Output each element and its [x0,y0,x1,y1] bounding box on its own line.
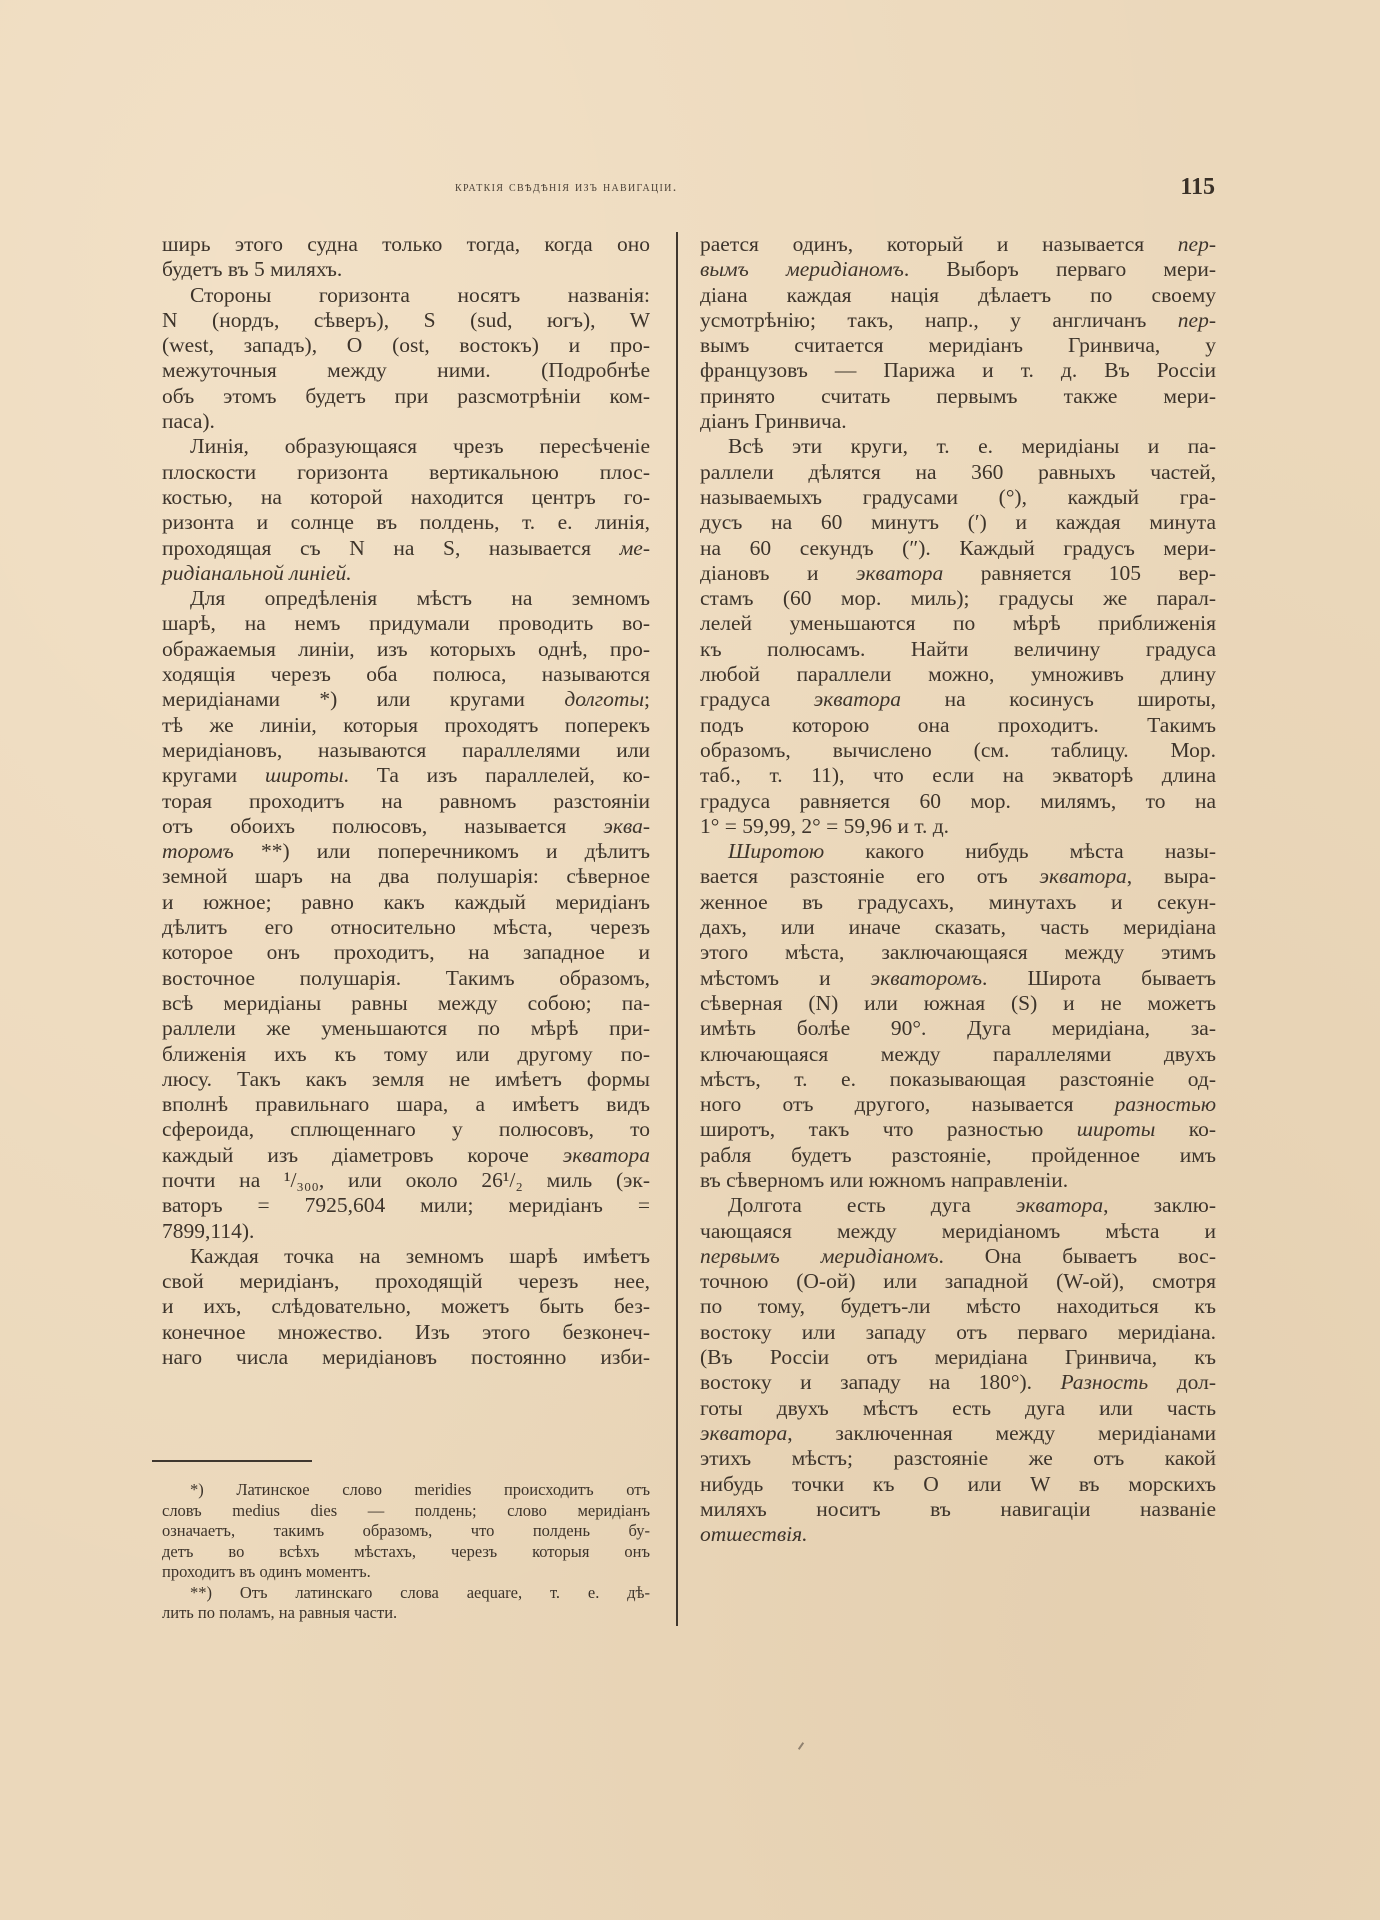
text-line: проходящая съ N на S, называется ме- [162,536,650,561]
text-line: Линія, образующаяся чрезъ пересѣченіе [162,434,650,459]
text-line: (west, западъ), O (ost, востокъ) и про- [162,333,650,358]
footnote-line: словъ medius dies — полдень; слово мерид… [162,1501,650,1522]
text-line: торомъ **) или поперечникомъ и дѣлитъ [162,839,650,864]
text-line: сѣверная (N) или южная (S) и не можетъ [700,991,1216,1016]
text-line: вается разстояніе его отъ экватора, выра… [700,864,1216,889]
text-line: востоку и западу на 180°). Разность дол- [700,1370,1216,1395]
text-line: мѣстъ, т. е. показывающая разстояніе од- [700,1067,1216,1092]
text-line: плоскости горизонта вертикальною плос- [162,460,650,485]
footnote-line: *) Латинское слово meridies происходитъ … [162,1480,650,1501]
text-line: имѣть болѣе 90°. Дуга меридіана, за- [700,1016,1216,1041]
text-line: усмотрѣнію; такъ, напр., у англичанъ пер… [700,308,1216,333]
text-line: женное въ градусахъ, минутахъ и секун- [700,890,1216,915]
text-line: по тому, будетъ-ли мѣсто находиться къ [700,1294,1216,1319]
text-line: ваторъ = 7925,604 мили; меридіанъ = [162,1193,650,1218]
text-line: экватора, заключенная между меридіанами [700,1421,1216,1446]
footnote-line: означаетъ, такимъ образомъ, что полдень … [162,1521,650,1542]
footnote-line: детъ во всѣхъ мѣстахъ, черезъ которыя он… [162,1542,650,1563]
text-line: и южное; равно какъ каждый меридіанъ [162,890,650,915]
text-line: этихъ мѣстъ; разстояніе же отъ какой [700,1446,1216,1471]
text-line: ключающаяся между параллелями двухъ [700,1042,1216,1067]
text-line: восточное полушарія. Такимъ образомъ, [162,966,650,991]
text-line: стамъ (60 мор. миль); градусы же парал- [700,586,1216,611]
text-line: образомъ, вычислено (см. таблицу. Мор. [700,738,1216,763]
text-line: и ихъ, слѣдовательно, можетъ быть без- [162,1294,650,1319]
text-line: отъ обоихъ полюсовъ, называется эква- [162,814,650,839]
text-line: миляхъ носитъ въ навигаціи названіе [700,1497,1216,1522]
text-line: въ сѣверномъ или южномъ направленіи. [700,1168,1216,1193]
text-line: свой меридіанъ, проходящій черезъ нее, [162,1269,650,1294]
text-line: отшествія. [700,1522,1216,1547]
text-line: мѣстомъ и экваторомъ. Широта бываетъ [700,966,1216,991]
text-line: будетъ въ 5 миляхъ. [162,257,650,282]
text-line: наго числа меридіановъ постоянно изби- [162,1345,650,1370]
text-line: вымъ меридіаномъ. Выборъ перваго мери- [700,257,1216,282]
text-line: на 60 секундъ (″). Каждый градусъ мери- [700,536,1216,561]
text-line: тѣ же линіи, которыя проходятъ поперекъ [162,713,650,738]
footnote-line: лить по поламъ, на равныя части. [162,1603,650,1624]
page-number: 115 [1180,174,1215,201]
text-line: принято считать первымъ также мери- [700,384,1216,409]
text-line: шарѣ, на немъ придумали проводить во- [162,611,650,636]
text-line: 7899,114). [162,1219,650,1244]
text-line: лелей уменьшаются по мѣрѣ приближенія [700,611,1216,636]
text-line: точною (O-ой) или западной (W-ой), смотр… [700,1269,1216,1294]
text-line: ображаемыя линіи, изъ которыхъ однѣ, про… [162,637,650,662]
ink-speck [798,1742,804,1750]
text-line: паса). [162,409,650,434]
text-line: меридіановъ, называются параллелями или [162,738,650,763]
text-line: ближенія ихъ къ тому или другому по- [162,1042,650,1067]
text-line: рабля будетъ разстояніе, пройденное имъ [700,1143,1216,1168]
text-line: востоку или западу отъ перваго меридіана… [700,1320,1216,1345]
left-column: ширь этого судна только тогда, когда оно… [162,232,650,1370]
text-line: (Въ Россіи отъ меридіана Гринвича, къ [700,1345,1216,1370]
text-line: кругами широты. Та изъ параллелей, ко- [162,763,650,788]
text-line: діановъ и экватора равняется 105 вер- [700,561,1216,586]
text-line: подъ которою она проходитъ. Такимъ [700,713,1216,738]
text-line: всѣ меридіаны равны между собою; па- [162,991,650,1016]
text-line: ходящія черезъ оба полюса, называются [162,662,650,687]
text-line: объ этомъ будетъ при разсмотрѣніи ком- [162,384,650,409]
footnotes: *) Латинское слово meridies происходитъ … [162,1480,650,1624]
text-line: Всѣ эти круги, т. е. меридіаны и па- [700,434,1216,459]
text-line: градуса экватора на косинусъ широты, [700,687,1216,712]
text-line: Для опредѣленія мѣстъ на земномъ [162,586,650,611]
text-line: которое онъ проходитъ, на западное и [162,940,650,965]
text-line: Долгота есть дуга экватора, заклю- [700,1193,1216,1218]
text-line: торая проходитъ на равномъ разстояніи [162,789,650,814]
text-line: Широтою какого нибудь мѣста назы- [700,839,1216,864]
text-line: первымъ меридіаномъ. Она бываетъ вос- [700,1244,1216,1269]
text-line: люсу. Такъ какъ земля не имѣетъ формы [162,1067,650,1092]
running-title: КРАТКІЯ СВѢДѢНІЯ ИЗЪ НАВИГАЦІИ. [455,180,678,196]
text-line: широтъ, такъ что разностью широты ко- [700,1117,1216,1142]
book-page: КРАТКІЯ СВѢДѢНІЯ ИЗЪ НАВИГАЦІИ. 115 ширь… [0,0,1380,1920]
text-line: ного отъ другого, называется разностью [700,1092,1216,1117]
text-line: дахъ, или иначе сказать, часть меридіана [700,915,1216,940]
right-column: рается одинъ, который и называется пер-в… [700,232,1216,1547]
text-line: этого мѣста, заключающаяся между этимъ [700,940,1216,965]
text-line: конечное множество. Изъ этого безконеч- [162,1320,650,1345]
text-line: земной шаръ на два полушарія: сѣверное [162,864,650,889]
text-line: каждый изъ діаметровъ короче экватора [162,1143,650,1168]
column-divider [676,232,678,1626]
text-line: называемыхъ градусами (°), каждый гра- [700,485,1216,510]
text-line: діана каждая нація дѣлаетъ по своему [700,283,1216,308]
text-line: любой параллели можно, умноживъ длину [700,662,1216,687]
text-line: раллели дѣлятся на 360 равныхъ частей, [700,460,1216,485]
text-line: діанъ Гринвича. [700,409,1216,434]
text-line: N (нордъ, сѣверъ), S (sud, югъ), W [162,308,650,333]
text-line: градуса равняется 60 мор. милямъ, то на [700,789,1216,814]
footnote-rule [152,1460,312,1462]
text-line: готы двухъ мѣстъ есть дуга или часть [700,1396,1216,1421]
text-line: Стороны горизонта носятъ названія: [162,283,650,308]
text-line: сфероида, сплющеннаго у полюсовъ, то [162,1117,650,1142]
text-line: 1° = 59,99, 2° = 59,96 и т. д. [700,814,1216,839]
text-line: къ полюсамъ. Найти величину градуса [700,637,1216,662]
running-head: КРАТКІЯ СВѢДѢНІЯ ИЗЪ НАВИГАЦІИ. 115 [455,178,1215,202]
text-line: рается одинъ, который и называется пер- [700,232,1216,257]
text-line: меридіанами *) или кругами долготы; [162,687,650,712]
text-line: нибудь точки къ O или W въ морскихъ [700,1472,1216,1497]
text-line: Каждая точка на земномъ шарѣ имѣетъ [162,1244,650,1269]
text-line: дѣлитъ его относительно мѣста, черезъ [162,915,650,940]
text-line: таб., т. 11), что если на экваторѣ длина [700,763,1216,788]
text-line: вымъ считается меридіанъ Гринвича, у [700,333,1216,358]
text-line: раллели же уменьшаются по мѣрѣ при- [162,1016,650,1041]
text-line: чающаяся между меридіаномъ мѣста и [700,1219,1216,1244]
text-line: ризонта и солнце въ полдень, т. е. линія… [162,510,650,535]
text-line: вполнѣ правильнаго шара, а имѣетъ видъ [162,1092,650,1117]
text-line: французовъ — Парижа и т. д. Въ Россіи [700,358,1216,383]
footnote-line: проходитъ въ одинъ моментъ. [162,1562,650,1583]
footnote-line: **) Отъ латинскаго слова aequare, т. е. … [162,1583,650,1604]
text-line: межуточныя между ними. (Подробнѣе [162,358,650,383]
text-line: дусъ на 60 минутъ (′) и каждая минута [700,510,1216,535]
text-line: почти на ¹/₃₀₀, или около 26¹/₂ миль (эк… [162,1168,650,1193]
text-line: ридіанальной линіей. [162,561,650,586]
text-line: ширь этого судна только тогда, когда оно [162,232,650,257]
text-line: костью, на которой находится центръ го- [162,485,650,510]
